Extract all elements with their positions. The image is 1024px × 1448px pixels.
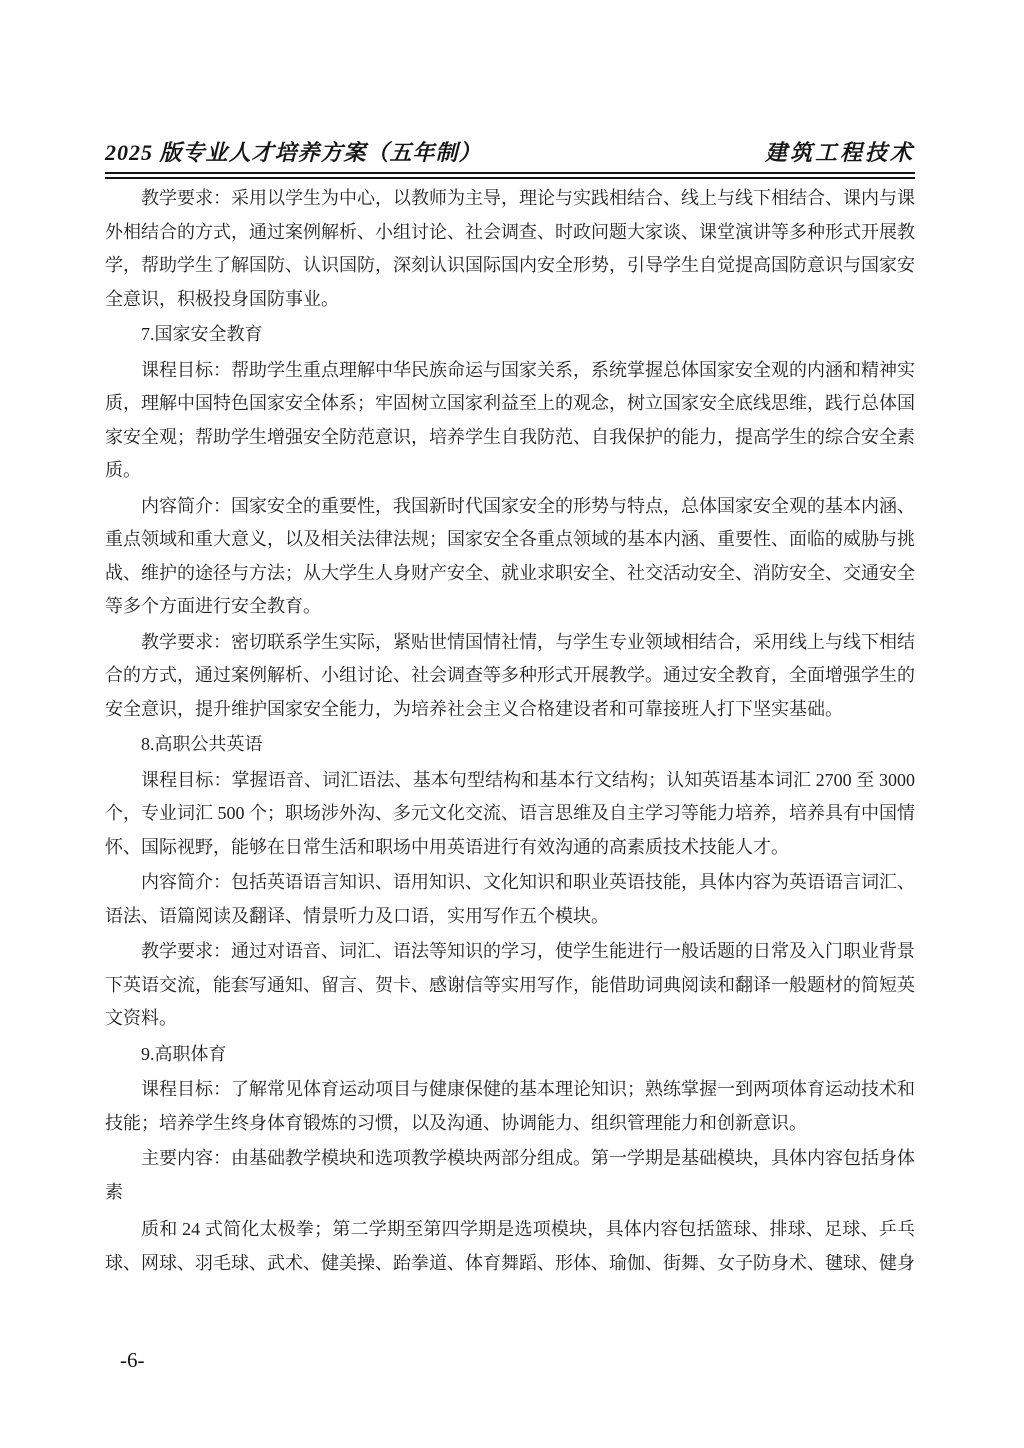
body-paragraph-course-goal-pe: 课程目标：了解常见体育运动项目与健康保健的基本理论知识；熟练掌握一到两项体育运动… xyxy=(105,1073,915,1140)
body-paragraph-pe-elective-modules: 质和 24 式简化太极拳；第二学期至第四学期是选项模块，具体内容包括篮球、排球、… xyxy=(105,1213,915,1280)
section-heading-9-physical-education: 9.高职体育 xyxy=(105,1038,915,1072)
header-left-title: 2025 版专业人才培养方案（五年制） xyxy=(105,136,482,167)
body-paragraph-course-goal-english: 课程目标：掌握语音、词汇语法、基本句型结构和基本行文结构；认知英语基本词汇 27… xyxy=(105,764,915,865)
body-paragraph-teaching-req-security: 教学要求：密切联系学生实际，紧贴世情国情社情，与学生专业领域相结合，采用线上与线… xyxy=(105,626,915,727)
page-number: -6- xyxy=(120,1348,145,1372)
body-paragraph-teaching-req-english: 教学要求：通过对语音、词汇、语法等知识的学习，使学生能进行一般话题的日常及入门职… xyxy=(105,935,915,1036)
page-header: 2025 版专业人才培养方案（五年制） 建筑工程技术 xyxy=(105,136,915,179)
body-paragraph-content-intro-security: 内容简介：国家安全的重要性，我国新时代国家安全的形势与特点，总体国家安全观的基本… xyxy=(105,490,915,624)
body-paragraph-content-intro-english: 内容简介：包括英语语言知识、语用知识、文化知识和职业英语技能，具体内容为英语语言… xyxy=(105,866,915,933)
body-paragraph-course-goal-security: 课程目标：帮助学生重点理解中华民族命运与国家关系，系统掌握总体国家安全观的内涵和… xyxy=(105,354,915,488)
document-page: 2025 版专业人才培养方案（五年制） 建筑工程技术 教学要求：采用以学生为中心… xyxy=(0,0,1024,1448)
header-divider-rule xyxy=(105,172,915,179)
section-heading-8-public-english: 8.高职公共英语 xyxy=(105,728,915,762)
header-right-title: 建筑工程技术 xyxy=(765,136,915,167)
page-footer: -6- xyxy=(120,1348,145,1373)
body-paragraph-teaching-req-national-defense: 教学要求：采用以学生为中心，以教师为主导，理论与实践相结合、线上与线下相结合、课… xyxy=(105,182,915,316)
body-paragraph-main-content-pe: 主要内容：由基础教学模块和选项教学模块两部分组成。第一学期是基础模块，具体内容包… xyxy=(105,1142,915,1209)
document-body: 教学要求：采用以学生为中心，以教师为主导，理论与实践相结合、线上与线下相结合、课… xyxy=(105,182,915,1282)
running-head: 2025 版专业人才培养方案（五年制） 建筑工程技术 xyxy=(105,136,915,167)
section-heading-7-national-security-education: 7.国家安全教育 xyxy=(105,318,915,352)
